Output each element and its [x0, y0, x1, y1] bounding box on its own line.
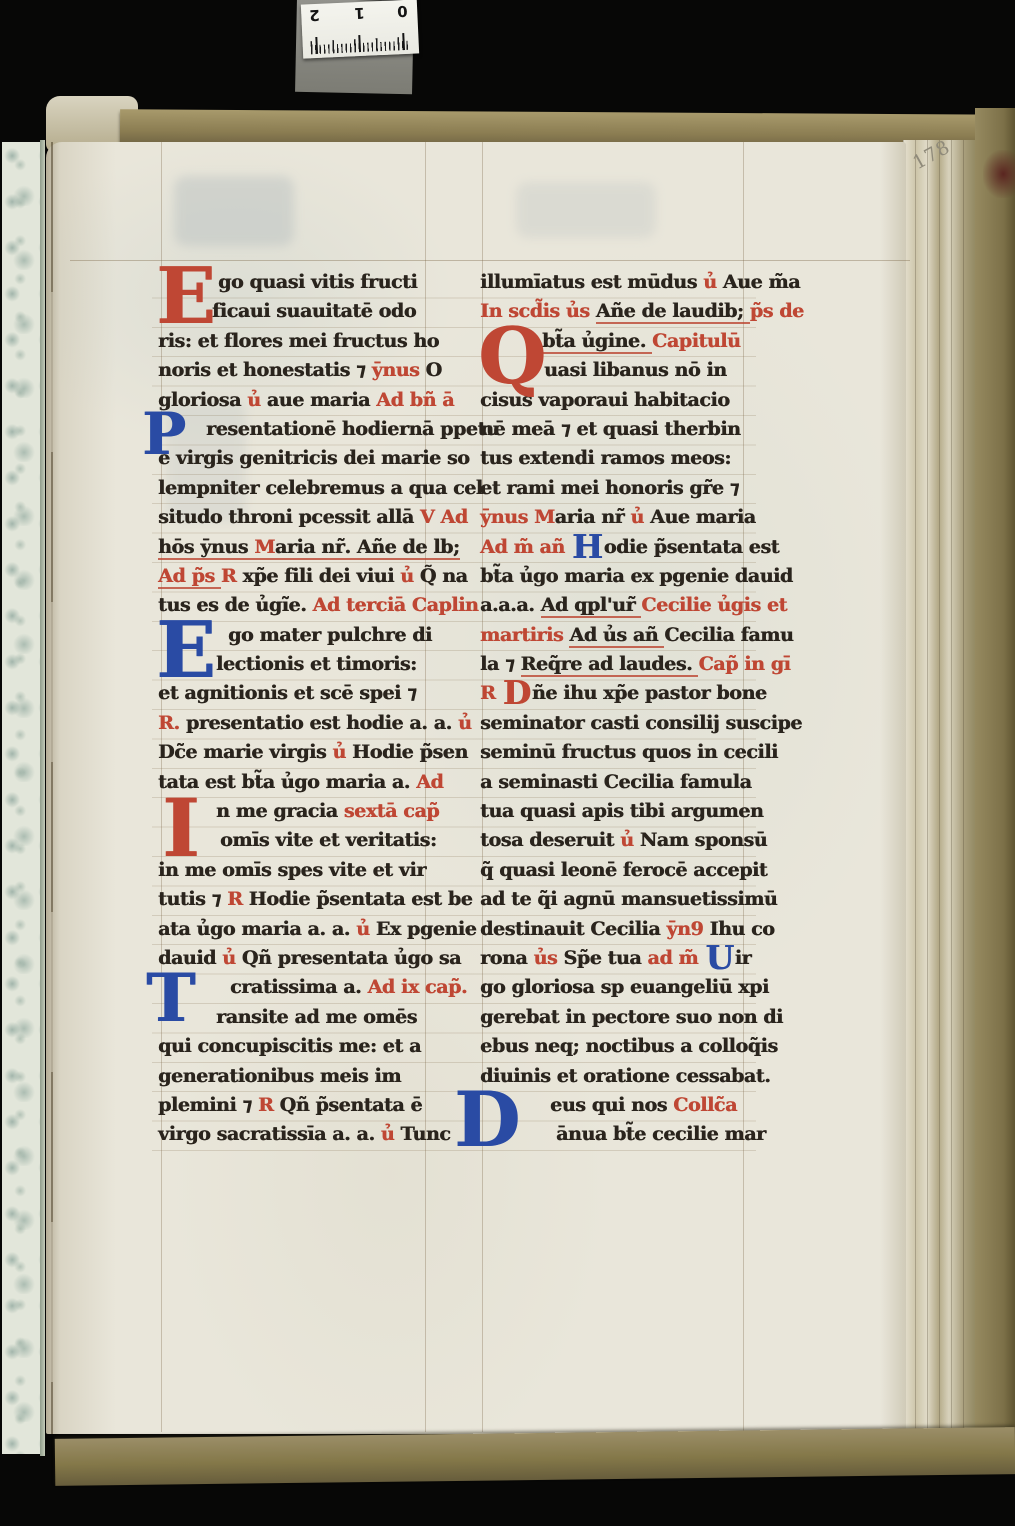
text-segment: Qñ p̃sentata ē [280, 1094, 423, 1116]
text-segment: Q̃ na [420, 565, 468, 587]
text-segment: ata ủgo maria a. a. [158, 918, 356, 940]
text-line: seminator casti consilij suscipe [480, 709, 796, 738]
text-segment: a seminasti Cecilia famula [480, 771, 751, 793]
text-line: omīs vite et veritatis: [158, 826, 460, 855]
text-segment: Ad terciā Caplin [313, 594, 479, 616]
large-initial: D [454, 1086, 520, 1154]
text-segment: ủ [703, 271, 723, 293]
text-segment: ủ [458, 712, 471, 734]
text-segment: hōs ȳnus [158, 536, 254, 560]
text-segment: xp̃e fili dei viui [242, 565, 400, 587]
text-segment: Ihu co [709, 918, 774, 940]
text-segment: qui concupiscitis me: et a [158, 1035, 421, 1057]
text-column-1: go quasi vitis fructificaui suauitatē od… [158, 268, 460, 1150]
manuscript-photo: go quasi vitis fructificaui suauitatē od… [0, 0, 1015, 1526]
ink-bleedthrough [174, 176, 294, 246]
text-segment: presentatio est hodie a. a. [186, 712, 458, 734]
text-line: lempniter celebremus a qua cel [158, 474, 460, 503]
text-segment: a.a.a. [480, 594, 541, 616]
large-initial: T [146, 969, 195, 1028]
text-segment: tua quasi apis tibi argumen [480, 800, 763, 822]
text-segment: Req̃re ad laudes. [521, 653, 699, 677]
text-segment: Nam sponsū [640, 829, 767, 851]
text-segment: V Ad [420, 506, 468, 528]
ink-bleedthrough [516, 182, 656, 238]
text-column-2: illumīatus est mūdus ủ Aue m̃aIn scd̃is … [480, 268, 796, 1150]
text-segment: O [426, 359, 442, 381]
ruler-number-0: 0 [397, 2, 408, 20]
text-segment: gerebat in pectore suo non di [480, 1006, 783, 1028]
text-segment: ủ [400, 565, 420, 587]
codex-page: go quasi vitis fructificaui suauitatē od… [46, 142, 906, 1434]
text-line: q̃ quasi leonē ferocē accepit [480, 856, 796, 885]
large-initial: E [156, 616, 215, 686]
page-stack-fore-edge [903, 140, 977, 1442]
text-line: R. presentatio est hodie a. a. ủ [158, 709, 460, 738]
text-segment: Añe de laudib; [596, 300, 750, 324]
text-line: eus qui nos Collc̃a [480, 1091, 796, 1120]
text-segment: go gloriosa sp euangeliū xpi [480, 976, 769, 998]
text-line: ad te q̃i agnū mansuetissimū [480, 885, 796, 914]
text-segment: ad m̃ [647, 947, 704, 969]
text-line: situdo throni pcessit allā V Ad [158, 503, 460, 532]
text-segment: aria nr̃. Añe de lb; [275, 536, 460, 560]
text-line: destinauit Cecilia ȳn9 Ihu co [480, 915, 796, 944]
text-line: tata est bt̃a ủgo maria a. Ad [158, 768, 460, 797]
text-segment: destinauit Cecilia [480, 918, 666, 940]
text-line: e virgis genitricis dei marie so [158, 444, 460, 473]
text-segment: plemini ⁊ [158, 1094, 258, 1116]
text-segment: Ad [416, 771, 443, 793]
text-segment: ủ [222, 947, 242, 969]
text-line: generationibus meis im [158, 1062, 460, 1091]
text-segment: H [572, 527, 603, 566]
binding-board-right [975, 108, 1015, 1453]
text-segment: ebus neq; noctibus a colloq̃is [480, 1035, 778, 1057]
board-stain [983, 150, 1015, 198]
text-segment: ad te q̃i agnū mansuetissimū [480, 888, 777, 910]
cm-ruler: 2 1 0 [301, 0, 419, 59]
text-line: et rami mei honoris gr̃e ⁊ [480, 474, 796, 503]
text-segment: martiris [480, 624, 569, 646]
text-segment: ānua bt̃e cecilie mar [556, 1123, 766, 1145]
text-segment: R [227, 888, 249, 910]
text-line: go gloriosa sp euangeliū xpi [480, 973, 796, 1002]
text-segment: D [503, 673, 531, 712]
text-segment: generationibus meis im [158, 1065, 401, 1087]
text-segment: U [705, 938, 733, 977]
text-segment: Ad bñ ā [376, 389, 454, 411]
text-segment: Hodie p̃sentata est be [249, 888, 473, 910]
text-segment: Dc̃e marie virgis [158, 741, 332, 763]
text-segment: tutis ⁊ [158, 888, 227, 910]
text-segment: ir [735, 947, 751, 969]
text-segment: Qñ presentata ủgo sa [242, 947, 461, 969]
text-segment: p̃s de [750, 300, 804, 322]
text-line: qui concupiscitis me: et a [158, 1032, 460, 1061]
text-segment: ransite ad me omēs [216, 1006, 417, 1028]
large-initial: E [156, 262, 215, 332]
text-line: nē meā ⁊ et quasi therbin [480, 415, 796, 444]
text-segment: q̃ quasi leonē ferocē accepit [480, 859, 767, 881]
text-segment: R [221, 565, 243, 587]
text-line: resentationē hodiernā ppetu [158, 415, 460, 444]
text-line: R Dñe ihu xp̃e pastor bone [480, 679, 796, 708]
text-segment: omīs vite et veritatis: [220, 829, 436, 851]
text-segment: ủ [630, 506, 650, 528]
text-line: in me omīs spes vite et vir [158, 856, 460, 885]
text-segment: ȳn9 [666, 918, 709, 940]
text-segment: ủ [332, 741, 352, 763]
text-line: gloriosa ủ aue maria Ad bñ ā [158, 386, 460, 415]
text-segment: R [480, 682, 502, 704]
text-segment: aue maria [267, 389, 376, 411]
gutter-crease [51, 142, 53, 1434]
text-segment: la ⁊ [480, 653, 521, 675]
text-line: virgo sacratissīa a. a. ủ Tunc [158, 1120, 460, 1149]
marbled-endpaper [2, 142, 42, 1454]
text-segment: Aue maria [650, 506, 756, 528]
text-line: noris et honestatis ⁊ ȳnus O [158, 356, 460, 385]
text-segment: Capitulū [652, 330, 740, 352]
text-segment: Cecilia famu [664, 624, 793, 646]
text-segment: ȳnus [480, 506, 534, 528]
text-line: illumīatus est mūdus ủ Aue m̃a [480, 268, 796, 297]
text-segment: uasi libanus nō in [544, 359, 727, 381]
text-segment: aria nr̃ [555, 506, 631, 528]
text-line: diuinis et oratione cessabat. [480, 1062, 796, 1091]
text-segment: Aue m̃a [723, 271, 800, 293]
text-line: ransite ad me omēs [158, 1003, 460, 1032]
text-line: ȳnus Maria nr̃ ủ Aue maria [480, 503, 796, 532]
text-segment: Ad p̃s [158, 565, 221, 589]
text-segment: Ex pgenie [376, 918, 477, 940]
text-segment: ủs [533, 947, 563, 969]
text-segment: ñe ihu xp̃e pastor bone [532, 682, 767, 704]
text-line: cratissima a. Ad ix cap̃. [158, 973, 460, 1002]
text-segment: Ad qpl'ur̃ [541, 594, 642, 618]
text-segment: rona [480, 947, 533, 969]
text-segment: ủ [356, 918, 376, 940]
text-segment: eus qui nos [550, 1094, 673, 1116]
text-line: Ad m̃ añ Hodie p̃sentata est [480, 533, 796, 562]
text-segment: odie p̃sentata est [604, 536, 779, 558]
text-segment: e virgis genitricis dei marie so [158, 447, 469, 469]
text-segment: ȳnus [372, 359, 426, 381]
text-segment: ficaui suauitatē odo [212, 300, 416, 322]
text-line: dauid ủ Qñ presentata ủgo sa [158, 944, 460, 973]
text-line: tutis ⁊ R Hodie p̃sentata est be [158, 885, 460, 914]
text-segment: illumīatus est mūdus [480, 271, 703, 293]
text-segment: Ad ủs añ [569, 624, 664, 648]
text-line: a seminasti Cecilia famula [480, 768, 796, 797]
ruler-cm-tick [358, 35, 361, 52]
text-line: a.a.a. Ad qpl'ur̃ Cecilie ủgis et [480, 591, 796, 620]
binding-board-bottom-edge [55, 1427, 1015, 1486]
text-line: ānua bt̃e cecilie mar [480, 1120, 796, 1149]
text-line: n me gracia sextā cap̃ [158, 797, 460, 826]
ruler-cm-tick [402, 33, 405, 50]
text-segment: n me gracia [216, 800, 344, 822]
large-initial: P [142, 408, 186, 460]
text-line: Ad p̃s R xp̃e fili dei viui ủ Q̃ na [158, 562, 460, 591]
text-segment: Hodie p̃sen [352, 741, 468, 763]
text-segment: seminator casti consilij suscipe [480, 712, 802, 734]
text-segment: go quasi vitis fructi [218, 271, 417, 293]
text-segment: M [254, 536, 275, 560]
text-line: martiris Ad ủs añ Cecilia famu [480, 621, 796, 650]
ruler-number-1: 1 [354, 4, 365, 22]
text-segment: situdo throni pcessit allā [158, 506, 420, 528]
text-line: gerebat in pectore suo non di [480, 1003, 796, 1032]
text-segment: bt̃a ủgo maria ex pgenie dauid [480, 565, 793, 587]
text-segment: noris et honestatis ⁊ [158, 359, 372, 381]
text-segment: ủ [620, 829, 640, 851]
text-line: hōs ȳnus Maria nr̃. Añe de lb; [158, 533, 460, 562]
text-segment: Cap̃ in gī [698, 653, 790, 675]
text-line: ebus neq; noctibus a colloq̃is [480, 1032, 796, 1061]
ruler-cm-tick [315, 37, 318, 54]
text-line: Dc̃e marie virgis ủ Hodie p̃sen [158, 738, 460, 767]
text-segment: resentationē hodiernā ppetu [206, 418, 499, 440]
ruler-number-2: 2 [309, 6, 320, 24]
text-segment: lempniter celebremus a qua cel [158, 477, 483, 499]
text-segment: Cecilie ủgis et [641, 594, 787, 616]
text-line: rona ủs Sp̃e tua ad m̃ Uir [480, 944, 796, 973]
text-segment: lectionis et timoris: [216, 653, 417, 675]
text-segment: sextā cap̃ [344, 800, 439, 822]
text-segment: nē meā ⁊ et quasi therbin [480, 418, 740, 440]
text-segment: diuinis et oratione cessabat. [480, 1065, 770, 1087]
text-segment: Sp̃e tua [563, 947, 647, 969]
large-initial: Q [478, 322, 546, 392]
text-segment: virgo sacratissīa a. a. [158, 1123, 381, 1145]
text-segment: ủ [247, 389, 267, 411]
text-segment: go mater pulchre di [228, 624, 432, 646]
text-segment: Tunc [400, 1123, 450, 1145]
glass-edge [40, 140, 45, 1456]
text-segment: bt̃a ủgine. [542, 330, 652, 354]
text-line: seminū fructus quos in cecili [480, 738, 796, 767]
text-line: ata ủgo maria a. a. ủ Ex pgenie [158, 915, 460, 944]
text-segment: et rami mei honoris gr̃e ⁊ [480, 477, 739, 499]
text-segment: R [258, 1094, 280, 1116]
text-segment: ủ [381, 1123, 401, 1145]
text-line: bt̃a ủgo maria ex pgenie dauid [480, 562, 796, 591]
text-segment: tosa deseruit [480, 829, 620, 851]
text-segment: cratissima a. [230, 976, 367, 998]
text-line: plemini ⁊ R Qñ p̃sentata ē [158, 1091, 460, 1120]
text-line: tosa deseruit ủ Nam sponsū [480, 826, 796, 855]
text-line: tus extendi ramos meos: [480, 444, 796, 473]
text-line: tua quasi apis tibi argumen [480, 797, 796, 826]
text-segment: seminū fructus quos in cecili [480, 741, 778, 763]
text-segment: tus extendi ramos meos: [480, 447, 731, 469]
text-segment: Ad m̃ añ [480, 536, 571, 558]
text-segment: Ad ix cap̃. [367, 976, 467, 998]
large-initial: I [162, 792, 199, 864]
text-segment: R. [158, 712, 186, 734]
text-segment: M [534, 506, 555, 528]
text-segment: Collc̃a [673, 1094, 737, 1116]
